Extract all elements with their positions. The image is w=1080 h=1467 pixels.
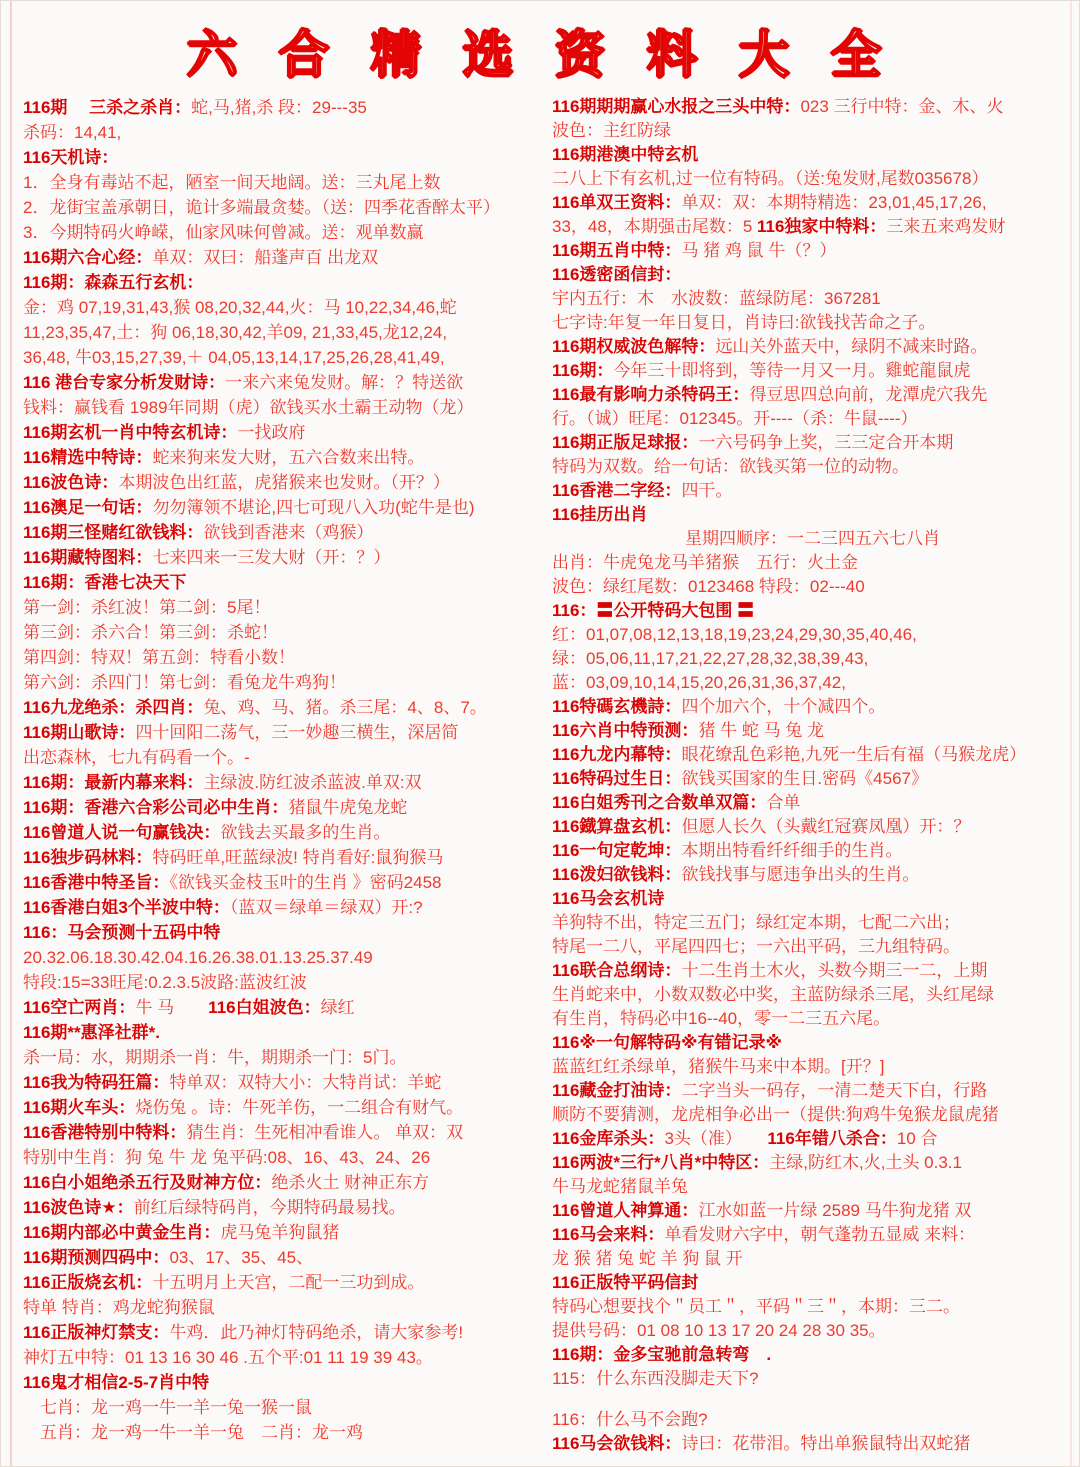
text-line: 116期港澳中特玄机	[552, 143, 1073, 167]
text-line: 钱料：赢钱看 1989年同期（虎）欲钱买水土霸王动物（龙）	[23, 395, 544, 420]
text-line: 特码心想要找个＂员工＂，平码＂三＂，本期：三二。	[552, 1295, 1073, 1319]
text-line: 33，48，本期强击尾数：5 116独家中特料：三来五来鸡发财	[552, 215, 1073, 239]
section-heading: 116期正版足球报：	[552, 433, 698, 452]
page-title: 六合精选资料大全	[1, 15, 1079, 87]
section-heading: 116波色诗：	[23, 473, 118, 492]
section-heading: 116期权威波色解特：	[552, 337, 715, 356]
text-line: 116期内部必中黄金生肖：虎马兔羊狗鼠猪	[23, 1220, 544, 1245]
text-line: 116单双王资料：单双：双：本期特精选：23,01,45,17,26,	[552, 191, 1073, 215]
right-edge-line	[1070, 1, 1072, 1466]
text-line: 杀一局：水，期期杀一肖：牛，期期杀一门：5门。	[23, 1045, 544, 1070]
text-line: 星期四顺序：一二三四五六七八肖	[552, 527, 1073, 551]
section-text: 3．今期特码火峥嵘，仙家风味何曾减。送：观单数赢	[23, 223, 423, 242]
section-heading: 116单双王资料：	[552, 193, 681, 212]
section-text: 1．全身有毒站不起，陋室一间天地阔。送：三丸尾上数	[23, 173, 440, 192]
section-text: 单双：双曰：船蓬声百 出龙双	[152, 248, 378, 267]
text-line: 116期火车头：烧伤兔 。诗：牛死羊伤，一二组合有财气。	[23, 1095, 544, 1120]
text-line: 116马会来料：单看发财六字中，朝气蓬勃五显威 来料：	[552, 1223, 1073, 1247]
text-line: 116我为特码狂篇：特单双：双特大小：大特肖试：羊蛇	[23, 1070, 544, 1095]
section-text: 20.32.06.18.30.42.04.16.26.38.01.13.25.3…	[23, 948, 373, 967]
section-text: 特尾一二八，平尾四四七；一六出平码，三九组特码。	[552, 937, 960, 956]
section-text: 牛马龙蛇猪鼠羊兔	[552, 1177, 688, 1196]
section-text: 欲钱去买最多的生肖。	[220, 823, 390, 842]
section-text: 出肖：牛虎兔龙马羊猪猴 五行：火土金	[552, 553, 858, 572]
section-heading: 116香港二字经：	[552, 481, 681, 500]
section-heading: 116马会来料：	[552, 1225, 664, 1244]
section-text: 得豆思四总向前，龙潭虎穴我先	[749, 385, 987, 404]
section-text: 诗曰：花带泪。特出单猴鼠特出双蛇猪	[681, 1434, 970, 1453]
section-heading: 116联合总纲诗：	[552, 961, 681, 980]
section-text: 115：什么东西没脚走天下?	[552, 1369, 759, 1388]
text-line: 红：01,07,08,12,13,18,19,23,24,29,30,35,40…	[552, 623, 1073, 647]
text-line: 116期藏特图料：七来四来一三发大财（开：？）	[23, 545, 544, 570]
section-text: 波色：绿红尾数：0123468 特段：02---40	[552, 577, 865, 596]
section-text: 36,48, 牛03,15,27,39,＋ 04,05,13,14,17,25,…	[23, 348, 445, 367]
text-line: 116一句定乾坤：本期出特看纤纤细手的生肖。	[552, 839, 1073, 863]
section-heading: 116期 三杀之杀肖：	[23, 98, 191, 117]
section-text: （蓝双＝绿单＝绿双）开:?	[230, 898, 423, 917]
text-line: 116曾道人说一句赢钱决：欲钱去买最多的生肖。	[23, 820, 544, 845]
text-line: 有生肖，特码必中16--40，零一二三五六尾。	[552, 1007, 1073, 1031]
text-line: 龙 猴 猪 兔 蛇 羊 狗 鼠 开	[552, 1247, 1073, 1271]
text-line: 116期：森森五行玄机：	[23, 270, 544, 295]
section-text: 神灯五中特：01 13 16 30 46 .五个平:01 11 19 39 43…	[23, 1348, 433, 1367]
text-line: 特别中生肖：狗 兔 牛 龙 兔平码:08、16、43、24、26	[23, 1145, 544, 1170]
section-heading: 116金库杀头：	[552, 1129, 664, 1148]
text-line: 36,48, 牛03,15,27,39,＋ 04,05,13,14,17,25,…	[23, 345, 544, 370]
text-line: 116精选中特诗：蛇来狗来发大财，五六合数来出特。	[23, 445, 544, 470]
section-text: 特段:15=33旺尾:0.2.3.5波路:蓝波红波	[23, 973, 307, 992]
text-line: 七肖：龙一鸡一牛一羊一兔一猴一鼠	[23, 1395, 544, 1420]
text-line: 蓝：03,09,10,14,15,20,26,31,36,37,42,	[552, 671, 1073, 695]
section-text: 红：01,07,08,12,13,18,19,23,24,29,30,35,40…	[552, 625, 917, 644]
section-heading: 116：〓公开特码大包围 〓	[552, 601, 754, 620]
section-text: 江水如蓝一片绿 2589 马牛狗龙猪 双	[698, 1201, 971, 1220]
section-text: 特码旺单,旺蓝绿波! 特肖看好:鼠狗猴马	[152, 848, 443, 867]
section-text: 十二生肖土木火，头数今期三一二，上期	[681, 961, 987, 980]
section-heading: 116白姐秀刊之合数单双篇：	[552, 793, 766, 812]
section-heading: 116鐡算盘玄机：	[552, 817, 681, 836]
section-text: 有生肖，特码必中16--40，零一二三五六尾。	[552, 1009, 890, 1028]
text-line: 116最有影响力杀特码王：得豆思四总向前，龙潭虎穴我先	[552, 383, 1073, 407]
section-heading: 116期：香港六合彩公司必中生肖：	[23, 798, 288, 817]
section-text: 虎马兔羊狗鼠猪	[220, 1223, 339, 1242]
text-line: 116期**惠泽社群*.	[23, 1020, 544, 1045]
section-heading: 116九龙绝杀：杀四肖：	[23, 698, 203, 717]
text-line: 金：鸡 07,19,31,43,猴 08,20,32,44,火：马 10,22,…	[23, 295, 544, 320]
text-line: 116透密函信封：	[552, 263, 1073, 287]
section-heading: 116九龙内幕特：	[552, 745, 681, 764]
section-heading: 116白小姐绝杀五行及财神方位：	[23, 1173, 271, 1192]
text-line: 116期预测四码中：03、17、35、45、	[23, 1245, 544, 1270]
text-line: 116金库杀头：3头（准） 116年错八杀合：10 合	[552, 1127, 1073, 1151]
text-line: 116正版神灯禁支：牛鸡．此乃神灯特码绝杀，请大家参考!	[23, 1320, 544, 1345]
text-line: 116期五肖中特：马 猪 鸡 鼠 牛（？）	[552, 239, 1073, 263]
section-heading: 116天机诗：	[23, 148, 118, 167]
right-column: 116期期期赢心水报之三头中特：023 三行中特：金、木、火波色：主红防绿116…	[552, 95, 1073, 1456]
section-text: 023 三行中特：金、木、火	[800, 97, 1003, 116]
section-text: 二字当头一码存，一清二楚天下白，行路	[681, 1081, 987, 1100]
section-text: 本期出特看纤纤细手的生肖。	[681, 841, 902, 860]
text-line: 蓝蓝红红杀绿单，猪猴牛马来中本期。[开？]	[552, 1055, 1073, 1079]
text-line: 二八上下有玄机,过一位有特码。（送:兔发财,尾数035678）	[552, 167, 1073, 191]
text-line: 波色：主红防绿	[552, 119, 1073, 143]
text-line: 116澳足一句话：勿勿簿领不堪论,四七可现八入功(蛇牛是也)	[23, 495, 544, 520]
document-sheet: 六合精选资料大全 116期 三杀之杀肖：蛇,马,猪,杀 段：29---35杀码：…	[0, 0, 1080, 1467]
section-heading: 116正版神灯禁支：	[23, 1323, 169, 1342]
section-heading: 116香港中特圣旨：	[23, 873, 169, 892]
section-text: 一来六来兔发财。解：？特送欲	[225, 373, 463, 392]
section-text: 远山关外蓝天中，绿阴不减来时路。	[715, 337, 987, 356]
text-line: 116 港台专家分析发财诗：一来六来兔发财。解：？特送欲	[23, 370, 544, 395]
text-line: 顺防不要猜测，龙虎相争必出一（提供:狗鸡牛兔猴龙鼠虎猪	[552, 1103, 1073, 1127]
text-line: 杀码：14,41,	[23, 120, 544, 145]
section-heading: 116期**惠泽社群*.	[23, 1023, 160, 1042]
section-text: 绝杀火土 财神正东方	[271, 1173, 429, 1192]
left-column: 116期 三杀之杀肖：蛇,马,猪,杀 段：29---35杀码：14,41,116…	[23, 95, 544, 1456]
section-text: 特单 特肖：鸡龙蛇狗猴鼠	[23, 1298, 215, 1317]
text-line: 2．龙街宝盖承朝日，诡计多端最贪婪。（送：四季花香醉太平）	[23, 195, 544, 220]
section-heading: 116香港特别中特料：	[23, 1123, 186, 1142]
section-text: 猪 牛 蛇 马 兔 龙	[698, 721, 824, 740]
section-text: 合单	[766, 793, 800, 812]
text-line: 116期山歌诗：四十回阳二荡气，三一妙趣三横生，深居简	[23, 720, 544, 745]
section-text: 顺防不要猜测，龙虎相争必出一（提供:狗鸡牛兔猴龙鼠虎猪	[552, 1105, 999, 1124]
text-line: 116：〓公开特码大包围 〓	[552, 599, 1073, 623]
section-heading: 116期期期赢心水报之三头中特：	[552, 97, 800, 116]
text-line: 116马会欲钱料：诗曰：花带泪。特出单猴鼠特出双蛇猪	[552, 1432, 1073, 1456]
section-heading: 116鬼才相信2-5-7肖中特	[23, 1373, 209, 1392]
text-line: 116期期期赢心水报之三头中特：023 三行中特：金、木、火	[552, 95, 1073, 119]
section-text: 绿：05,06,11,17,21,22,27,28,32,38,39,43,	[552, 649, 868, 668]
section-text: 羊狗特不出，特定三五门；绿红定本期，七配二六出；	[552, 913, 960, 932]
section-heading: 116曾道人说一句赢钱决：	[23, 823, 220, 842]
text-line: 115：什么东西没脚走天下?	[552, 1367, 1073, 1391]
text-line: 116白小姐绝杀五行及财神方位：绝杀火土 财神正东方	[23, 1170, 544, 1195]
section-text: 蛇来狗来发大财，五六合数来出特。	[152, 448, 424, 467]
text-line: 116期 三杀之杀肖：蛇,马,猪,杀 段：29---35	[23, 95, 544, 120]
text-line	[552, 1391, 1073, 1408]
section-text: 绿红	[321, 998, 355, 1017]
section-text: 生肖蛇来中，小数双数必中奖，主蓝防绿杀三尾，头红尾绿	[552, 985, 994, 1004]
text-line: 116香港特别中特料：猜生肖：生死相冲看谁人。 单双：双	[23, 1120, 544, 1145]
section-text: 杀码：14,41,	[23, 123, 121, 142]
section-text: 特码心想要找个＂员工＂，平码＂三＂，本期：三二。	[552, 1297, 960, 1316]
section-text: 宇内五行：木 水波数：蓝绿防尾：367281	[552, 289, 881, 308]
text-line: 116正版特平码信封	[552, 1271, 1073, 1295]
section-text: 勿勿簿领不堪论,四七可现八入功(蛇牛是也)	[152, 498, 474, 517]
section-text: 星期四顺序：一二三四五六七八肖	[685, 529, 940, 548]
text-line: 116天机诗：	[23, 145, 544, 170]
section-heading: 116：马会预测十五码中特	[23, 923, 220, 942]
text-line: 116九龙绝杀：杀四肖：兔、鸡、马、猪。杀三尾：4、8、7。	[23, 695, 544, 720]
section-text: 33，48，本期强击尾数：5	[552, 217, 757, 236]
text-line: 116两波*三行*八肖*中特区：主绿,防红木,火,土头 0.3.1	[552, 1151, 1073, 1175]
section-heading: 116挂历出肖	[552, 505, 647, 524]
section-text: 马 猪 鸡 鼠 牛（？）	[681, 241, 836, 260]
section-text: 特单双：双特大小：大特肖试：羊蛇	[169, 1073, 441, 1092]
section-heading: 116期预测四码中：	[23, 1248, 169, 1267]
text-line: 特尾一二八，平尾四四七；一六出平码，三九组特码。	[552, 935, 1073, 959]
text-line: 116藏金打油诗：二字当头一码存，一清二楚天下白，行路	[552, 1079, 1073, 1103]
text-line: 116期六合心经：单双：双曰：船蓬声百 出龙双	[23, 245, 544, 270]
text-line: 宇内五行：木 水波数：蓝绿防尾：367281	[552, 287, 1073, 311]
section-text: 出恋森林，七九有码看一个。-	[23, 748, 250, 767]
section-text: 蓝：03,09,10,14,15,20,26,31,36,37,42,	[552, 673, 846, 692]
section-heading: 116两波*三行*八肖*中特区：	[552, 1153, 769, 1172]
section-heading: 116透密函信封：	[552, 265, 681, 284]
section-heading: 116藏金打油诗：	[552, 1081, 681, 1100]
section-text: 七肖：龙一鸡一牛一羊一兔一猴一鼠	[23, 1398, 312, 1417]
section-heading: 116独家中特料：	[757, 217, 886, 236]
section-text: 前红后绿特码肖，今期特码最易找。	[134, 1198, 406, 1217]
text-line: 116期权威波色解特：远山关外蓝天中，绿阴不减来时路。	[552, 335, 1073, 359]
section-text: 特别中生肖：狗 兔 牛 龙 兔平码:08、16、43、24、26	[23, 1148, 430, 1167]
section-heading: 116期：森森五行玄机：	[23, 273, 203, 292]
text-line: 116：马会预测十五码中特	[23, 920, 544, 945]
text-line: 116马会玄机诗	[552, 887, 1073, 911]
section-heading: 116最有影响力杀特码王：	[552, 385, 749, 404]
section-heading: 116期山歌诗：	[23, 723, 135, 742]
text-line: 116期：香港六合彩公司必中生肖：猪鼠牛虎兔龙蛇	[23, 795, 544, 820]
text-line: 116期：今年三十即将到，等待一月又一月。雞蛇龍鼠虎	[552, 359, 1073, 383]
section-text: 单双：双：本期特精选：23,01,45,17,26,	[681, 193, 986, 212]
section-text: 猪鼠牛虎兔龙蛇	[288, 798, 407, 817]
text-line: 116特码过生日：欲钱买国家的生日.密码《4567》	[552, 767, 1073, 791]
section-text: 七来四来一三发大财（开：？）	[152, 548, 390, 567]
section-heading: 116期藏特图料：	[23, 548, 152, 567]
section-text: 欲钱找事与愿违争出头的生肖。	[681, 865, 919, 884]
section-heading: 116期三怪赌红欲钱料：	[23, 523, 203, 542]
text-line: 绿：05,06,11,17,21,22,27,28,32,38,39,43,	[552, 647, 1073, 671]
text-line: 116期：最新内幕来料：主绿波.防红波杀蓝波.单双:双	[23, 770, 544, 795]
text-line: 116香港中特圣旨：《欲钱买金枝玉叶的生肖 》密码2458	[23, 870, 544, 895]
text-line: 第六剑：杀四门！第七剑：看兔龙牛鸡狗！	[23, 670, 544, 695]
text-line: 116期三怪赌红欲钱料：欲钱到香港来（鸡猴）	[23, 520, 544, 545]
section-heading: 116期火车头：	[23, 1098, 135, 1117]
text-line: 生肖蛇来中，小数双数必中奖，主蓝防绿杀三尾，头红尾绿	[552, 983, 1073, 1007]
text-line: 20.32.06.18.30.42.04.16.26.38.01.13.25.3…	[23, 945, 544, 970]
text-line: 116期：金多宝驰前急转弯 .	[552, 1343, 1073, 1367]
text-line: 牛马龙蛇猪鼠羊兔	[552, 1175, 1073, 1199]
text-line: 116六肖中特预测：猪 牛 蛇 马 兔 龙	[552, 719, 1073, 743]
text-line: 出恋森林，七九有码看一个。-	[23, 745, 544, 770]
section-heading: 116波色诗★：	[23, 1198, 134, 1217]
section-text: 四干。	[681, 481, 732, 500]
text-line: 波色：绿红尾数：0123468 特段：02---40	[552, 575, 1073, 599]
text-line: 第一剑：杀红波！第二剑：5尾！	[23, 595, 544, 620]
section-text: 3头（准）	[664, 1129, 767, 1148]
section-heading: 116曾道人神算通：	[552, 1201, 698, 1220]
section-text: 猜生肖：生死相冲看谁人。 单双：双	[186, 1123, 463, 1142]
text-line: 五肖：龙一鸡一牛一羊一兔 二肖：龙一鸡	[23, 1420, 544, 1445]
section-heading: 116白姐波色：	[208, 998, 320, 1017]
section-heading: 116一句定乾坤：	[552, 841, 681, 860]
text-line: 116挂历出肖	[552, 503, 1073, 527]
text-line: 提供号码：01 08 10 13 17 20 24 28 30 35。	[552, 1319, 1073, 1343]
section-text: 杀一局：水，期期杀一肖：牛，期期杀一门：5门。	[23, 1048, 406, 1067]
section-text: 116：什么马不会跑?	[552, 1410, 708, 1429]
left-edge-line	[10, 1, 12, 1466]
section-heading: 116空亡两肖：	[23, 998, 135, 1017]
section-heading: 116年错八杀合：	[767, 1129, 896, 1148]
section-text: 兔、鸡、马、猪。杀三尾：4、8、7。	[203, 698, 486, 717]
section-text: 本期波色出红蓝，虎猪猴来也发财。（开？）	[118, 473, 450, 492]
section-text: 主绿,防红木,火,土头 0.3.1	[769, 1153, 962, 1172]
section-text: 波色：主红防绿	[552, 121, 671, 140]
text-line: 特码为双数。给一句话：欲钱买第一位的动物。	[552, 455, 1073, 479]
section-text: 特码为双数。给一句话：欲钱买第一位的动物。	[552, 457, 909, 476]
section-text: 十五明月上天宫，二配一三功到成。	[152, 1273, 424, 1292]
section-heading: 116特码过生日：	[552, 769, 681, 788]
section-heading: 116香港白姐3个半波中特：	[23, 898, 230, 917]
section-text: 主绿波.防红波杀蓝波.单双:双	[203, 773, 421, 792]
text-line: 116香港二字经：四干。	[552, 479, 1073, 503]
text-line: 出肖：牛虎兔龙马羊猪猴 五行：火土金	[552, 551, 1073, 575]
section-heading: 116期港澳中特玄机	[552, 145, 698, 164]
section-heading: 116期五肖中特：	[552, 241, 681, 260]
section-heading: 116精选中特诗：	[23, 448, 152, 467]
section-heading: 116 港台专家分析发财诗：	[23, 373, 225, 392]
section-heading: 116期：香港七决天下	[23, 573, 186, 592]
section-text: 第四剑：特双！第五剑：特看小数！	[23, 648, 295, 667]
content-columns: 116期 三杀之杀肖：蛇,马,猪,杀 段：29---35杀码：14,41,116…	[1, 93, 1079, 1456]
section-text: 三来五来鸡发财	[886, 217, 1005, 236]
section-text: 第六剑：杀四门！第七剑：看兔龙牛鸡狗！	[23, 673, 346, 692]
text-line: 116泼妇欲钱料：欲钱找事与愿违争出头的生肖。	[552, 863, 1073, 887]
section-text: 提供号码：01 08 10 13 17 20 24 28 30 35。	[552, 1321, 886, 1340]
text-line: 116期：香港七决天下	[23, 570, 544, 595]
text-line: 116正版烧玄机：十五明月上天宫，二配一三功到成。	[23, 1270, 544, 1295]
section-heading: 116马会玄机诗	[552, 889, 664, 908]
section-heading: 116我为特码狂篇：	[23, 1073, 169, 1092]
text-line: 特段:15=33旺尾:0.2.3.5波路:蓝波红波	[23, 970, 544, 995]
section-text: 四十回阳二荡气，三一妙趣三横生，深居简	[135, 723, 458, 742]
text-line: 116联合总纲诗：十二生肖土木火，头数今期三一二，上期	[552, 959, 1073, 983]
text-line: 第四剑：特双！第五剑：特看小数！	[23, 645, 544, 670]
section-text: 牛 马	[135, 998, 208, 1017]
section-text: 烧伤兔 。诗：牛死羊伤，一二组合有财气。	[135, 1098, 463, 1117]
text-line: 七字诗:年复一年日复日，肖诗曰:欲钱找苦命之子。	[552, 311, 1073, 335]
section-text: 10 合	[897, 1129, 938, 1148]
section-text: 欲钱到香港来（鸡猴）	[203, 523, 373, 542]
text-line: 116波色诗：本期波色出红蓝，虎猪猴来也发财。（开？）	[23, 470, 544, 495]
section-text: 龙 猴 猪 兔 蛇 羊 狗 鼠 开	[552, 1249, 743, 1268]
section-heading: 116六肖中特预测：	[552, 721, 698, 740]
text-line: 行。（诚）旺尾：012345。开----（杀：牛鼠----）	[552, 407, 1073, 431]
section-heading: 116马会欲钱料：	[552, 1434, 681, 1453]
section-heading: 116期六合心经：	[23, 248, 152, 267]
text-line: 116鬼才相信2-5-7肖中特	[23, 1370, 544, 1395]
text-line: 116香港白姐3个半波中特：（蓝双＝绿单＝绿双）开:?	[23, 895, 544, 920]
text-line: 神灯五中特：01 13 16 30 46 .五个平:01 11 19 39 43…	[23, 1345, 544, 1370]
section-text: 03、17、35、45、	[169, 1248, 313, 1267]
section-text: 一找政府	[237, 423, 305, 442]
text-line: 3．今期特码火峥嵘，仙家风味何曾减。送：观单数赢	[23, 220, 544, 245]
section-text: 欲钱买国家的生日.密码《4567》	[681, 769, 928, 788]
text-line: 116空亡两肖：牛 马 116白姐波色：绿红	[23, 995, 544, 1020]
section-text: 七字诗:年复一年日复日，肖诗曰:欲钱找苦命之子。	[552, 313, 935, 332]
section-heading: 116泼妇欲钱料：	[552, 865, 681, 884]
text-line: 116期正版足球报：一六号码争上奖，三三定合开本期	[552, 431, 1073, 455]
text-line: 116九龙内幕特：眼花缭乱色彩艳,九死一生后有福（马猴龙虎）	[552, 743, 1073, 767]
section-text: 二八上下有玄机,过一位有特码。（送:兔发财,尾数035678）	[552, 169, 988, 188]
text-line: 116曾道人神算通：江水如蓝一片绿 2589 马牛狗龙猪 双	[552, 1199, 1073, 1223]
section-heading: 116期：金多宝驰前急转弯 .	[552, 1345, 771, 1364]
section-heading: 116期：	[552, 361, 613, 380]
section-heading: 116期玄机一肖中特玄机诗：	[23, 423, 237, 442]
section-heading: 116正版特平码信封	[552, 1273, 698, 1292]
text-line: 116波色诗★：前红后绿特码肖，今期特码最易找。	[23, 1195, 544, 1220]
section-text: 蓝蓝红红杀绿单，猪猴牛马来中本期。[开？]	[552, 1057, 884, 1076]
section-text: 眼花缭乱色彩艳,九死一生后有福（马猴龙虎）	[681, 745, 1026, 764]
section-text: 行。（诚）旺尾：012345。开----（杀：牛鼠----）	[552, 409, 918, 428]
section-text: 今年三十即将到，等待一月又一月。雞蛇龍鼠虎	[613, 361, 970, 380]
section-text: 四个加六个，十个减四个。	[681, 697, 885, 716]
section-heading: 116正版烧玄机：	[23, 1273, 152, 1292]
section-heading: 116期：最新内幕来料：	[23, 773, 203, 792]
text-line: 116白姐秀刊之合数单双篇：合单	[552, 791, 1073, 815]
text-line: 116期玄机一肖中特玄机诗：一找政府	[23, 420, 544, 445]
text-line: 第三剑：杀六合！第三剑：杀蛇！	[23, 620, 544, 645]
section-text: 《欲钱买金枝玉叶的生肖 》密码2458	[169, 873, 441, 892]
text-line: 116特碼玄機詩：四个加六个，十个减四个。	[552, 695, 1073, 719]
section-text: 金：鸡 07,19,31,43,猴 08,20,32,44,火：马 10,22,…	[23, 298, 457, 317]
text-line: 1．全身有毒站不起，陋室一间天地阔。送：三丸尾上数	[23, 170, 544, 195]
section-heading: 116澳足一句话：	[23, 498, 152, 517]
text-line: 116独步码林料：特码旺单,旺蓝绿波! 特肖看好:鼠狗猴马	[23, 845, 544, 870]
section-text: 牛鸡．此乃神灯特码绝杀，请大家参考!	[169, 1323, 463, 1342]
section-text: 蛇,马,猪,杀 段：29---35	[191, 98, 367, 117]
text-line: 特单 特肖：鸡龙蛇狗猴鼠	[23, 1295, 544, 1320]
section-text: 第三剑：杀六合！第三剑：杀蛇！	[23, 623, 278, 642]
section-text: 五肖：龙一鸡一牛一羊一兔 二肖：龙一鸡	[23, 1423, 363, 1442]
section-heading: 116独步码林料：	[23, 848, 152, 867]
section-text: 钱料：赢钱看 1989年同期（虎）欲钱买水土霸王动物（龙）	[23, 398, 474, 417]
section-heading: 116期内部必中黄金生肖：	[23, 1223, 220, 1242]
text-line: 116※一句解特码※有错记录※	[552, 1031, 1073, 1055]
section-text: 但愿人长久（头戴红冠赛凤凰）开：？	[681, 817, 970, 836]
section-text: 第一剑：杀红波！第二剑：5尾！	[23, 598, 270, 617]
text-line: 羊狗特不出，特定三五门；绿红定本期，七配二六出；	[552, 911, 1073, 935]
section-text: 11,23,35,47,土：狗 06,18,30,42,羊09, 21,33,4…	[23, 323, 447, 342]
text-line: 116鐡算盘玄机：但愿人长久（头戴红冠赛凤凰）开：？	[552, 815, 1073, 839]
section-heading: 116※一句解特码※有错记录※	[552, 1033, 782, 1052]
text-line: 116：什么马不会跑?	[552, 1408, 1073, 1432]
section-text: 单看发财六字中，朝气蓬勃五显威 来料：	[664, 1225, 975, 1244]
section-heading: 116特碼玄機詩：	[552, 697, 681, 716]
section-text: 一六号码争上奖，三三定合开本期	[698, 433, 953, 452]
text-line: 11,23,35,47,土：狗 06,18,30,42,羊09, 21,33,4…	[23, 320, 544, 345]
section-text: 2．龙街宝盖承朝日，诡计多端最贪婪。（送：四季花香醉太平）	[23, 198, 500, 217]
